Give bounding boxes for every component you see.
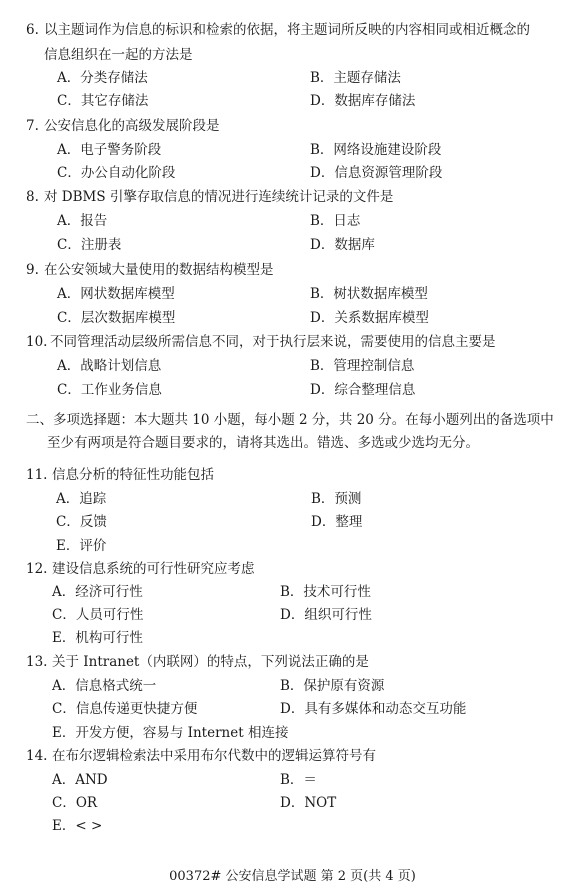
- question-number: 6.: [26, 21, 39, 39]
- option-d: D．信息资源管理阶段: [310, 164, 442, 182]
- question-text: 在布尔逻辑检索法中采用布尔代数中的逻辑运算符号有: [52, 747, 376, 765]
- option-b: B．主题存储法: [310, 69, 401, 87]
- question-text: 信息分析的特征性功能包括: [52, 466, 214, 484]
- question-text: 建设信息系统的可行性研究应考虑: [52, 560, 255, 578]
- question-text: 以主题词作为信息的标识和检索的依据，将主题词所反映的内容相同或相近概念的: [44, 21, 530, 39]
- question-number: 9.: [26, 261, 39, 279]
- option-b: B．网络设施建设阶段: [310, 141, 441, 159]
- option-d: D．组织可行性: [280, 606, 372, 624]
- option-b: B．＝: [280, 771, 317, 789]
- option-c: C．注册表: [57, 236, 121, 254]
- option-a: A．网状数据库模型: [57, 285, 175, 303]
- option-e: E．评价: [56, 537, 106, 555]
- option-a: A．战略计划信息: [57, 357, 161, 375]
- option-e: E．开发方便，容易与 Internet 相连接: [52, 724, 288, 742]
- option-b: B．技术可行性: [280, 583, 371, 601]
- option-a: A．电子警务阶段: [57, 141, 161, 159]
- page-footer: 00372# 公安信息学试题 第 2 页(共 4 页): [0, 868, 585, 886]
- option-d: D．关系数据库模型: [310, 309, 429, 327]
- question-number: 14.: [26, 747, 47, 765]
- question-number: 13.: [26, 653, 47, 671]
- option-c: C．人员可行性: [52, 606, 143, 624]
- question-number: 8.: [26, 188, 39, 206]
- option-a: A．经济可行性: [52, 583, 143, 601]
- option-c: C．工作业务信息: [57, 381, 162, 399]
- question-number: 10.: [26, 333, 47, 351]
- option-b: B．日志: [310, 212, 360, 230]
- option-a: A．信息格式统一: [52, 677, 156, 695]
- question-text: 不同管理活动层级所需信息不同，对于执行层来说，需要使用的信息主要是: [50, 333, 496, 351]
- question-number: 12.: [26, 560, 47, 578]
- question-text: 对 DBMS 引擎存取信息的情况进行连续统计记录的文件是: [44, 188, 393, 206]
- question-text: 关于 Intranet（内联网）的特点，下列说法正确的是: [52, 653, 369, 671]
- section-2-instructions-cont: 至少有两项是符合题目要求的，请将其选出。错选、多选或少选均无分。: [47, 434, 479, 452]
- option-b: B．树状数据库模型: [310, 285, 428, 303]
- option-e: E．< >: [52, 817, 102, 835]
- option-c: C．其它存储法: [57, 92, 148, 110]
- question-number: 11.: [26, 466, 47, 484]
- option-a: A．报告: [57, 212, 107, 230]
- option-d: D．整理: [311, 513, 362, 531]
- option-a: A．AND: [52, 771, 108, 789]
- section-2-instructions: 二、多项选择题：本大题共 10 小题，每小题 2 分，共 20 分。在每小题列出…: [26, 411, 554, 429]
- option-c: C．信息传递更快捷方便: [52, 700, 197, 718]
- option-c: C．办公自动化阶段: [57, 164, 175, 182]
- option-c: C．OR: [52, 794, 97, 812]
- option-d: D．NOT: [280, 794, 336, 812]
- option-e: E．机构可行性: [52, 629, 143, 647]
- option-a: A．追踪: [56, 490, 106, 508]
- option-c: C．层次数据库模型: [57, 309, 175, 327]
- option-b: B．预测: [311, 490, 361, 508]
- option-d: D．数据库存储法: [310, 92, 415, 110]
- question-text-cont: 信息组织在一起的方法是: [44, 46, 193, 64]
- question-text: 公安信息化的高级发展阶段是: [44, 117, 220, 135]
- option-d: D．具有多媒体和动态交互功能: [280, 700, 466, 718]
- option-d: D．数据库: [310, 236, 375, 254]
- question-number: 7.: [26, 117, 39, 135]
- question-text: 在公安领域大量使用的数据结构模型是: [44, 261, 274, 279]
- option-a: A．分类存储法: [57, 69, 148, 87]
- option-b: B．保护原有资源: [280, 677, 384, 695]
- option-c: C．反馈: [56, 513, 107, 531]
- option-d: D．综合整理信息: [310, 381, 415, 399]
- option-b: B．管理控制信息: [310, 357, 414, 375]
